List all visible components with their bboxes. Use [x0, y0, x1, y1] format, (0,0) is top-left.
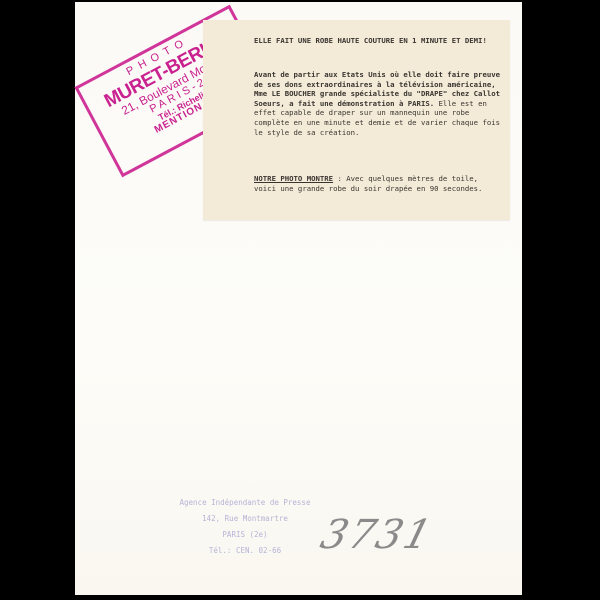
note-title: ELLE FAIT UNE ROBE HAUTE COUTURE EN 1 MI…	[254, 36, 504, 46]
typed-caption-note: ELLE FAIT UNE ROBE HAUTE COUTURE EN 1 MI…	[203, 20, 510, 220]
agency-line-city: PARIS (2e)	[165, 527, 325, 543]
agency-line-name: Agence Indépendante de Presse	[165, 495, 325, 511]
caption-label: NOTRE PHOTO MONTRE	[254, 174, 333, 183]
note-caption: NOTRE PHOTO MONTRE : Avec quelques mètre…	[254, 174, 504, 193]
agency-line-address: 142, Rue Montmartre	[165, 511, 325, 527]
note-body: Avant de partir aux Etats Unis où elle d…	[254, 70, 504, 137]
agency-stamp: Agence Indépendante de Presse 142, Rue M…	[165, 495, 325, 559]
agency-line-phone: Tél.: CEN. 02-66	[165, 543, 325, 559]
handwritten-reference-number: 3731	[316, 512, 438, 558]
